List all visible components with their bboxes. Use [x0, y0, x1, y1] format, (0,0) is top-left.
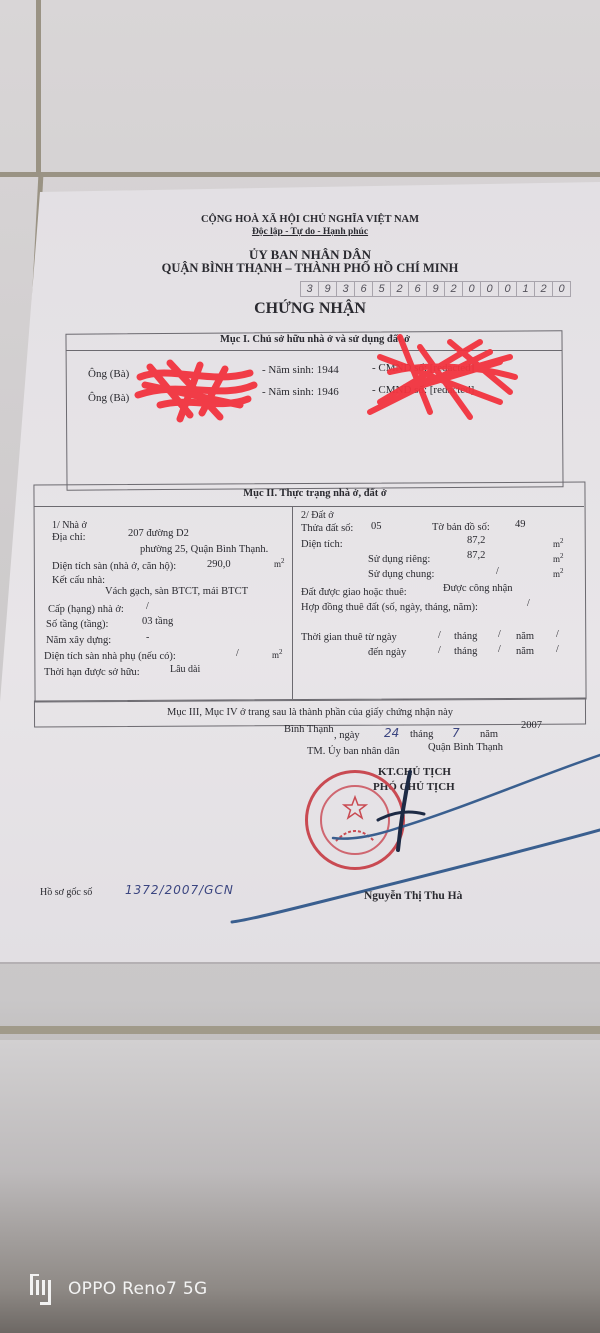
- map-sheet-value: 49: [515, 519, 526, 530]
- private-use-label: Sử dụng riêng:: [368, 554, 430, 565]
- section2-column-divider: [292, 507, 293, 699]
- code-digit-box: 2: [534, 281, 552, 297]
- address-line1: 207 đường D2: [128, 528, 189, 539]
- lease-from-year: /: [556, 629, 559, 640]
- structure-value: Vách gạch, sàn BTCT, mái BTCT: [105, 586, 248, 597]
- lease-to-day: /: [438, 645, 441, 656]
- code-digit-box: 1: [516, 281, 534, 297]
- signing-day-label: , ngày: [334, 730, 360, 741]
- ownership-term-value: Lâu dài: [170, 664, 200, 675]
- lease-to-year-label: năm: [516, 646, 534, 657]
- code-digit-box: 9: [318, 281, 336, 297]
- land-title: 2/ Đất ở: [301, 510, 334, 521]
- floor-area-value: 290,0: [207, 559, 231, 570]
- code-digit-box: 6: [408, 281, 426, 297]
- code-digit-box: 0: [480, 281, 498, 297]
- redaction-scribble-names: [130, 355, 260, 425]
- floor-tile-grout: [36, 0, 41, 175]
- code-digit-box: 0: [462, 281, 480, 297]
- house-title: 1/ Nhà ở: [52, 520, 87, 531]
- signer-name: Nguyễn Thị Thu Hà: [364, 890, 462, 902]
- floor-area-label: Diện tích sàn (nhà ở, căn hộ):: [52, 561, 176, 572]
- signing-month: 7: [452, 726, 460, 740]
- grade-value: /: [146, 601, 149, 612]
- section2-divider: [34, 506, 584, 507]
- owner2-label: Ông (Bà): [88, 392, 129, 404]
- annex-area-label: Diện tích sàn nhà phụ (nếu có):: [44, 651, 176, 662]
- file-ref-label: Hồ sơ gốc số: [40, 887, 92, 898]
- signing-year: 2007: [521, 720, 542, 731]
- land-area-label: Diện tích:: [301, 539, 343, 550]
- structure-label: Kết cấu nhà:: [52, 575, 105, 586]
- paper-edge: [0, 962, 600, 964]
- floor-tile-grout: [0, 1026, 600, 1034]
- signing-day: 24: [384, 726, 399, 740]
- map-sheet-label: Tờ bản đồ số:: [432, 522, 490, 533]
- code-digit-box: 0: [552, 281, 571, 297]
- lease-contract-value: /: [527, 598, 530, 609]
- owner1-birth-year: - Năm sinh: 1944: [262, 364, 339, 376]
- code-digit-box: 2: [390, 281, 408, 297]
- annex-area-unit: m2: [272, 648, 283, 660]
- lease-contract-label: Hợp đồng thuê đất (số, ngày, tháng, năm)…: [301, 602, 478, 613]
- lease-from-label: Thời gian thuê từ ngày: [301, 632, 397, 643]
- file-ref-value: 1372/2007/GCN: [125, 883, 234, 897]
- lease-to-year: /: [556, 644, 559, 655]
- land-area-unit: m2: [553, 537, 564, 549]
- private-use-value: 87,2: [467, 550, 485, 561]
- owner1-label: Ông (Bà): [88, 368, 129, 380]
- handwritten-signature: [228, 750, 600, 930]
- footer-note: Mục III, Mục IV ở trang sau là thành phầ…: [100, 707, 520, 718]
- parcel-label: Thửa đất số:: [301, 523, 353, 534]
- code-digit-box: 0: [498, 281, 516, 297]
- camera-watermark: OPPO Reno7 5G: [28, 1271, 207, 1307]
- shared-use-value: /: [496, 566, 499, 577]
- certificate-title: CHỨNG NHẬN: [230, 300, 390, 318]
- ownership-term-label: Thời hạn được sở hữu:: [44, 667, 140, 678]
- lease-from-day: /: [438, 630, 441, 641]
- lease-to-month-label: tháng: [454, 646, 477, 657]
- motto: Độc lập - Tự do - Hạnh phúc: [210, 227, 410, 237]
- certificate-code-boxes: 393652692000120: [300, 281, 571, 297]
- signing-place: Bình Thạnh: [284, 724, 334, 735]
- floor-area-unit: m2: [274, 557, 285, 569]
- shared-use-unit: m2: [553, 567, 564, 579]
- allocation-label: Đất được giao hoặc thuê:: [301, 587, 407, 598]
- code-digit-box: 3: [300, 281, 318, 297]
- lease-to-month: /: [498, 644, 501, 655]
- address-line2: phường 25, Quận Bình Thạnh.: [140, 544, 268, 555]
- allocation-value: Được công nhận: [443, 583, 513, 594]
- private-use-unit: m2: [553, 552, 564, 564]
- floors-label: Số tầng (tầng):: [46, 619, 108, 630]
- floors-value: 03 tầng: [142, 616, 173, 627]
- grade-label: Cấp (hạng) nhà ở:: [48, 604, 124, 615]
- code-digit-box: 5: [372, 281, 390, 297]
- code-digit-box: 2: [444, 281, 462, 297]
- address-label: Địa chỉ:: [52, 532, 86, 543]
- lease-to-label: đến ngày: [368, 647, 406, 658]
- annex-area-value: /: [236, 648, 239, 659]
- floor-tile-grout: [0, 172, 600, 177]
- code-digit-box: 6: [354, 281, 372, 297]
- oppo-logo-icon: [28, 1271, 54, 1307]
- republic-heading: CỘNG HOÀ XÃ HỘI CHỦ NGHĨA VIỆT NAM: [160, 214, 460, 225]
- redaction-scribble-ids: [360, 332, 520, 422]
- code-digit-box: 3: [336, 281, 354, 297]
- district-heading: QUẬN BÌNH THẠNH – THÀNH PHỐ HỒ CHÍ MINH: [140, 261, 480, 276]
- parcel-value: 05: [371, 521, 382, 532]
- signing-year-label: năm: [480, 729, 498, 740]
- year-built-label: Năm xây dựng:: [46, 635, 111, 646]
- section2-heading: Mục II. Thực trạng nhà ở, đất ở: [200, 488, 430, 499]
- land-area-value: 87,2: [467, 535, 485, 546]
- lease-from-month-label: tháng: [454, 631, 477, 642]
- signing-month-label: tháng: [410, 729, 433, 740]
- lease-from-year-label: năm: [516, 631, 534, 642]
- code-digit-box: 9: [426, 281, 444, 297]
- owner2-birth-year: - Năm sinh: 1946: [262, 386, 339, 398]
- lease-from-month: /: [498, 629, 501, 640]
- year-built-value: -: [146, 632, 149, 643]
- shared-use-label: Sử dụng chung:: [368, 569, 434, 580]
- camera-brand: OPPO Reno7 5G: [68, 1279, 207, 1299]
